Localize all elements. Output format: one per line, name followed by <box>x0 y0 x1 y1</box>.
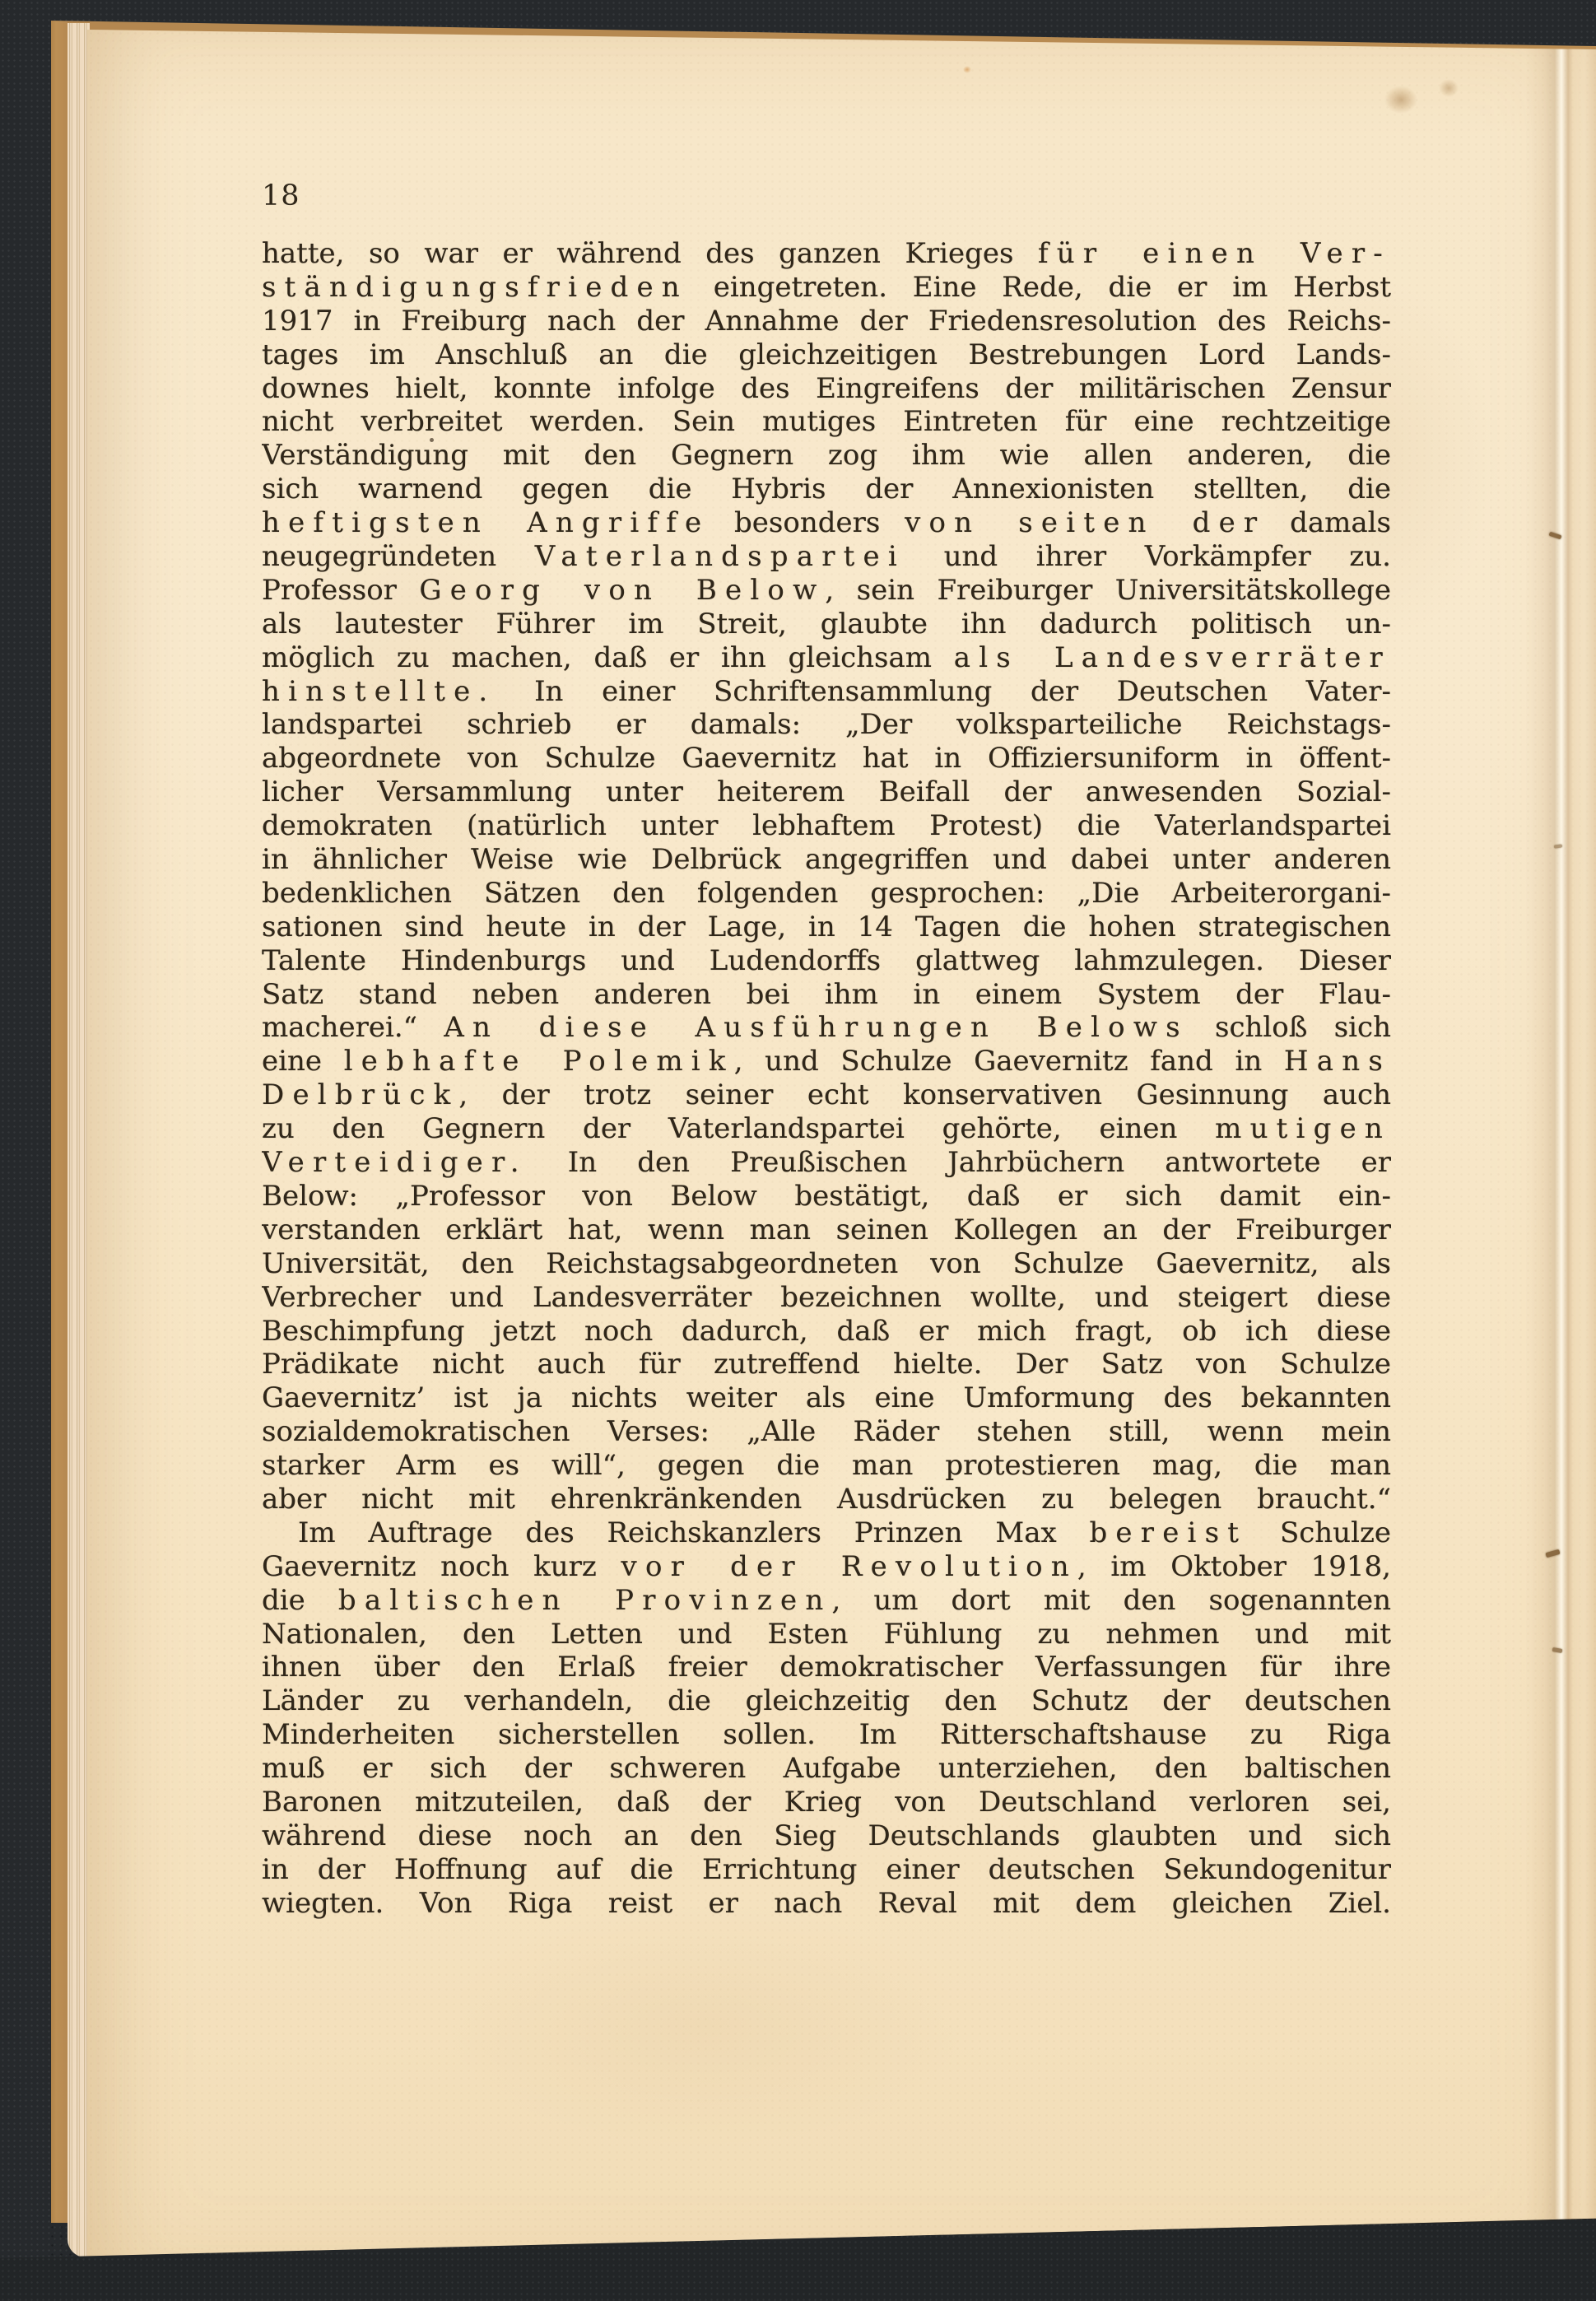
scanned-book-page: 18 hatte, so war er während des ganzen K… <box>0 0 1596 2301</box>
text-segment: in der Hoffnung auf die Errichtung einer… <box>262 1853 1391 1886</box>
text-segment: Beschimpfung jetzt noch dadurch, daß er … <box>262 1315 1391 1348</box>
text-line: sozialdemokratischen Verses: „Alle Räder… <box>262 1415 1391 1449</box>
text-line: Universität, den Reichstagsabgeordneten … <box>262 1247 1391 1281</box>
text-segment: die <box>262 1584 338 1617</box>
text-segment: als lautester Führer im Streit, glaubte … <box>262 608 1391 640</box>
text-line: Prädikate nicht auch für zutreffend hiel… <box>262 1348 1391 1381</box>
text-line: Gaevernitz noch kurz vor der Revolution,… <box>262 1550 1391 1584</box>
text-line: Baronen mitzuteilen, daß der Krieg von D… <box>262 1786 1391 1819</box>
spaced-text-segment: für einen Ver- <box>1038 237 1391 270</box>
text-line: Minderheiten sicherstellen sollen. Im Ri… <box>262 1718 1391 1752</box>
text-line: downes hielt, konnte infolge des Eingrei… <box>262 372 1391 406</box>
text-segment: demokraten (natürlich unter lebhaftem Pr… <box>262 809 1391 842</box>
spaced-text-segment: von seiten der <box>905 506 1265 539</box>
text-segment: in ähnlicher Weise wie Delbrück angegrif… <box>262 843 1391 876</box>
text-segment: bedenklichen Sätzen den folgenden gespro… <box>262 877 1391 910</box>
text-segment: Baronen mitzuteilen, daß der Krieg von D… <box>262 1786 1391 1819</box>
body-text: hatte, so war er während des ganzen Krie… <box>262 237 1391 1921</box>
text-segment: Verbrecher und Landesverräter bezeichnen… <box>262 1281 1391 1314</box>
text-segment: während diese noch an den Sieg Deutschla… <box>262 1819 1391 1852</box>
text-segment: In den Preußischen Jahrbüchern antwortet… <box>528 1146 1391 1179</box>
text-line: als lautester Führer im Streit, glaubte … <box>262 608 1391 641</box>
spaced-text-segment: Vaterlandspartei <box>535 540 905 573</box>
text-line: macherei.“ An diese Ausführungen Belows … <box>262 1011 1391 1045</box>
text-segment: Minderheiten sicherstellen sollen. Im Ri… <box>262 1718 1391 1751</box>
text-segment: , sein Freiburger Universitätskollege <box>825 574 1391 607</box>
book-page: 18 hatte, so war er während des ganzen K… <box>87 0 1596 2301</box>
text-segment: hatte, so war er während des ganzen Krie… <box>262 237 1038 270</box>
text-segment: neugegründeten <box>262 540 535 573</box>
text-segment: sationen sind heute in der Lage, in 14 T… <box>262 911 1391 943</box>
text-line: ihnen über den Erlaß freier demokratisch… <box>262 1651 1391 1684</box>
text-segment: Below: „Professor von Below bestätigt, d… <box>262 1180 1391 1213</box>
spaced-text-segment: lebhafte Polemik <box>344 1045 734 1078</box>
text-line: Talente Hindenburgs und Ludendorffs glat… <box>262 944 1391 978</box>
text-segment: Nationalen, den Letten und Esten Fühlung… <box>262 1618 1391 1651</box>
spaced-text-segment: mutigen <box>1215 1112 1391 1145</box>
text-segment: verstanden erklärt hat, wenn man seinen … <box>262 1213 1391 1246</box>
text-line: sationen sind heute in der Lage, in 14 T… <box>262 911 1391 944</box>
text-segment: Gaevernitz’ ist ja nichts weiter als ein… <box>262 1381 1391 1414</box>
foxing-spot <box>1384 86 1417 114</box>
spaced-text-segment: bereist <box>1089 1516 1247 1549</box>
foxing-spot <box>1439 79 1459 97</box>
spaced-text-segment: An diese Ausführungen Belows <box>444 1011 1189 1044</box>
text-segment: , um dort mit den sogenannten <box>831 1584 1391 1617</box>
text-line: wiegten. Von Riga reist er nach Reval mi… <box>262 1887 1391 1921</box>
text-segment: , der trotz seiner echt konservativen Ge… <box>458 1078 1391 1111</box>
text-segment: Länder zu verhandeln, die gleichzeitig d… <box>262 1684 1391 1717</box>
text-line: muß er sich der schweren Aufgabe unterzi… <box>262 1752 1391 1786</box>
text-segment: landspartei schrieb er damals: „Der volk… <box>262 708 1391 741</box>
text-segment: Universität, den Reichstagsabgeordneten … <box>262 1247 1391 1280</box>
spaced-text-segment: als Landesverräter <box>954 641 1391 674</box>
text-line: aber nicht mit ehrenkränkenden Ausdrücke… <box>262 1483 1391 1516</box>
background-left-strip <box>0 0 51 2301</box>
spaced-text-segment: heftigsten Angriffe <box>262 506 710 539</box>
spaced-text-segment: Delbrück <box>262 1078 458 1111</box>
text-line: tages im Anschluß an die gleichzeitigen … <box>262 338 1391 372</box>
text-segment: schloß sich <box>1189 1011 1391 1044</box>
text-segment: möglich zu machen, daß er ihn gleichsam <box>262 641 954 674</box>
text-segment: starker Arm es will“, gegen die man prot… <box>262 1449 1391 1482</box>
text-segment: damals <box>1265 506 1391 539</box>
spaced-text-segment: Georg von Below <box>419 574 825 607</box>
text-line: Gaevernitz’ ist ja nichts weiter als ein… <box>262 1381 1391 1415</box>
text-segment: Verständigung mit den Gegnern zog ihm wi… <box>262 439 1391 472</box>
text-line: möglich zu machen, daß er ihn gleichsam … <box>262 641 1391 675</box>
text-segment: , und Schulze Gaevernitz fand in <box>734 1045 1284 1078</box>
text-line: 1917 in Freiburg nach der Annahme der Fr… <box>262 305 1391 338</box>
text-line: hatte, so war er während des ganzen Krie… <box>262 237 1391 271</box>
text-line: in ähnlicher Weise wie Delbrück angegrif… <box>262 843 1391 877</box>
spaced-text-segment: vor der Revolution <box>621 1550 1077 1583</box>
text-line: Nationalen, den Letten und Esten Fühlung… <box>262 1618 1391 1651</box>
text-line: die baltischen Provinzen, um dort mit de… <box>262 1584 1391 1618</box>
spaced-text-segment: ständigungsfrieden <box>262 271 688 304</box>
text-segment: Talente Hindenburgs und Ludendorffs glat… <box>262 944 1391 977</box>
text-line: ständigungsfrieden eingetreten. Eine Red… <box>262 271 1391 305</box>
text-segment: abgeordnete von Schulze Gaevernitz hat i… <box>262 742 1391 775</box>
text-segment: besonders <box>710 506 905 539</box>
text-line: zu den Gegnern der Vaterlandspartei gehö… <box>262 1112 1391 1146</box>
spaced-text-segment: Verteidiger. <box>262 1146 528 1179</box>
text-line: abgeordnete von Schulze Gaevernitz hat i… <box>262 742 1391 776</box>
text-segment: eine <box>262 1045 344 1078</box>
gutter-fold <box>1525 33 1596 2268</box>
text-line: licher Versammlung unter heiterem Beifal… <box>262 776 1391 809</box>
spaced-text-segment: Hans <box>1284 1045 1391 1078</box>
text-segment: aber nicht mit ehrenkränkenden Ausdrücke… <box>262 1483 1391 1516</box>
text-line: Verständigung mit den Gegnern zog ihm wi… <box>262 439 1391 473</box>
text-segment: Satz stand neben anderen bei ihm in eine… <box>262 978 1391 1011</box>
text-segment: In einer Schriftensammlung der Deutschen… <box>496 675 1391 708</box>
text-line: starker Arm es will“, gegen die man prot… <box>262 1449 1391 1483</box>
text-segment: sozialdemokratischen Verses: „Alle Räder… <box>262 1415 1391 1448</box>
text-line: heftigsten Angriffe besonders von seiten… <box>262 506 1391 540</box>
text-line: während diese noch an den Sieg Deutschla… <box>262 1819 1391 1853</box>
page-number: 18 <box>262 179 300 212</box>
text-line: hinstellte. In einer Schriftensammlung d… <box>262 675 1391 709</box>
text-segment: eingetreten. Eine Rede, die er im Herbst <box>688 271 1391 304</box>
text-line: in der Hoffnung auf die Errichtung einer… <box>262 1853 1391 1887</box>
text-line: Below: „Professor von Below bestätigt, d… <box>262 1180 1391 1213</box>
text-line: nicht verbreitet werden. Sein mutiges Ei… <box>262 405 1391 439</box>
text-segment: tages im Anschluß an die gleichzeitigen … <box>262 338 1391 371</box>
spaced-text-segment: baltischen Provinzen <box>338 1584 832 1617</box>
text-segment: licher Versammlung unter heiterem Beifal… <box>262 776 1391 808</box>
text-line: Länder zu verhandeln, die gleichzeitig d… <box>262 1684 1391 1718</box>
text-line: demokraten (natürlich unter lebhaftem Pr… <box>262 809 1391 843</box>
foxing-spot <box>963 66 971 73</box>
text-line: Im Auftrage des Reichskanzlers Prinzen M… <box>262 1516 1391 1550</box>
text-segment: und ihrer Vorkämpfer zu. <box>905 540 1391 573</box>
text-segment: zu den Gegnern der Vaterlandspartei gehö… <box>262 1112 1215 1145</box>
text-line: neugegründeten Vaterlandspartei und ihre… <box>262 540 1391 574</box>
text-line: verstanden erklärt hat, wenn man seinen … <box>262 1213 1391 1247</box>
text-segment: ihnen über den Erlaß freier demokratisch… <box>262 1651 1391 1684</box>
text-line: Satz stand neben anderen bei ihm in eine… <box>262 978 1391 1012</box>
text-segment: Prädikate nicht auch für zutreffend hiel… <box>262 1348 1391 1381</box>
text-line: eine lebhafte Polemik, und Schulze Gaeve… <box>262 1045 1391 1078</box>
text-segment: wiegten. Von Riga reist er nach Reval mi… <box>262 1887 1391 1920</box>
text-segment: , im Oktober 1918, <box>1077 1550 1391 1583</box>
text-segment: sich warnend gegen die Hybris der Annexi… <box>262 473 1391 505</box>
page-stack-edge <box>67 23 90 2257</box>
text-line: Verteidiger. In den Preußischen Jahrbüch… <box>262 1146 1391 1180</box>
text-segment: 1917 in Freiburg nach der Annahme der Fr… <box>262 305 1391 338</box>
text-segment: nicht verbreitet werden. Sein mutiges Ei… <box>262 405 1391 438</box>
spaced-text-segment: hinstellte. <box>262 675 496 708</box>
text-segment: macherei.“ <box>262 1011 444 1044</box>
text-segment: Schulze <box>1247 1516 1391 1549</box>
text-line: sich warnend gegen die Hybris der Annexi… <box>262 473 1391 506</box>
text-segment: downes hielt, konnte infolge des Eingrei… <box>262 372 1391 405</box>
text-segment: muß er sich der schweren Aufgabe unterzi… <box>262 1752 1391 1785</box>
text-line: Beschimpfung jetzt noch dadurch, daß er … <box>262 1315 1391 1348</box>
text-segment: Gaevernitz noch kurz <box>262 1550 621 1583</box>
text-line: Delbrück, der trotz seiner echt konserva… <box>262 1078 1391 1112</box>
text-line: landspartei schrieb er damals: „Der volk… <box>262 708 1391 742</box>
text-line: Verbrecher und Landesverräter bezeichnen… <box>262 1281 1391 1315</box>
text-segment: Professor <box>262 574 419 607</box>
text-line: bedenklichen Sätzen den folgenden gespro… <box>262 877 1391 911</box>
text-line: Professor Georg von Below, sein Freiburg… <box>262 574 1391 608</box>
text-segment: Im Auftrage des Reichskanzlers Prinzen M… <box>298 1516 1089 1549</box>
